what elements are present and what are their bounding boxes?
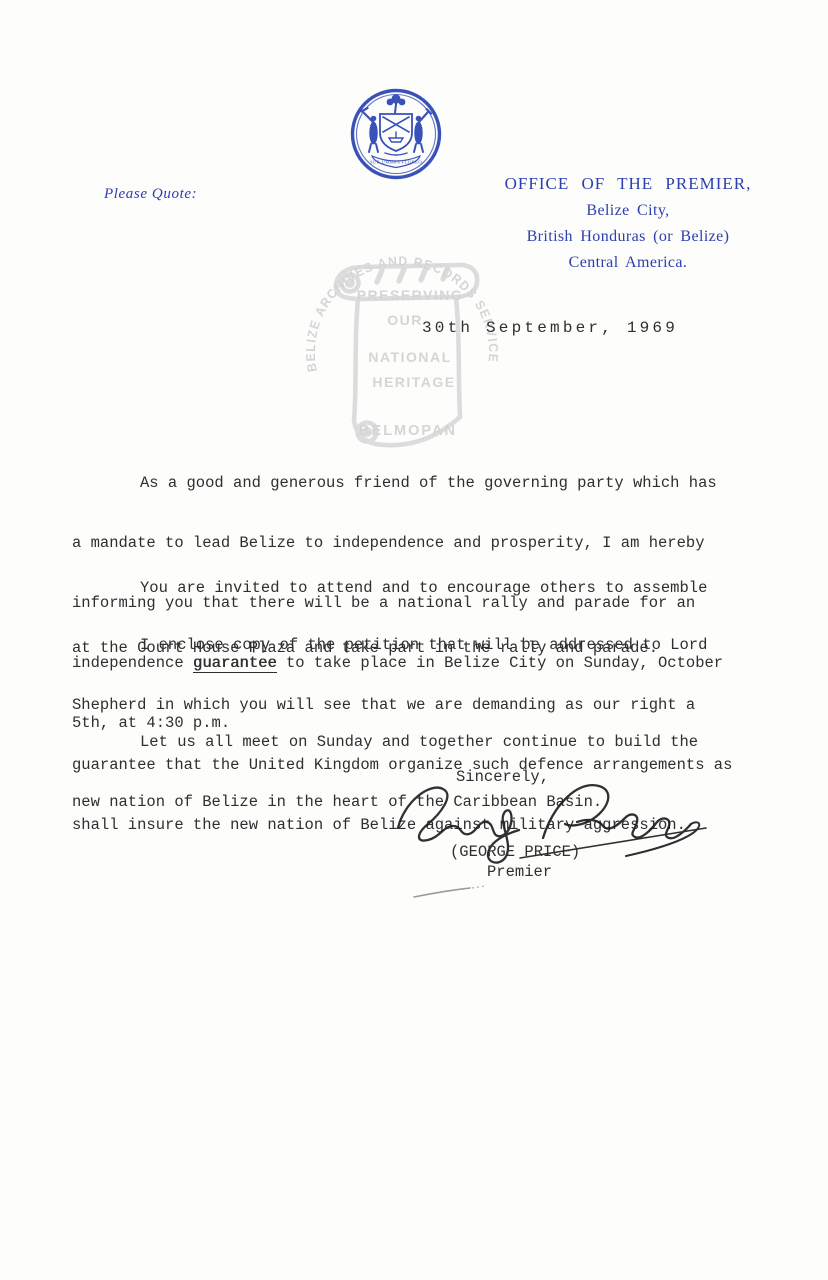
- watermark-line-national: NATIONAL: [368, 349, 451, 365]
- body-line: As a good and generous friend of the gov…: [72, 473, 778, 493]
- typed-signature-name: (GEORGE PRICE): [450, 842, 580, 862]
- tree-icon: [387, 94, 406, 113]
- coat-of-arms-seal: SUB UMBRA FLOREO: [349, 87, 443, 181]
- watermark-line-our: OUR: [387, 312, 423, 328]
- date-line: 30th September, 1969: [422, 318, 678, 338]
- left-supporter-icon: [362, 108, 379, 152]
- body-line: I enclose copy of the petition that will…: [72, 635, 778, 655]
- signer-title: Premier: [487, 862, 552, 882]
- pencil-dash-mark: [406, 880, 496, 902]
- watermark-line-preserving: PRESERVING: [357, 287, 464, 303]
- right-supporter-icon: [414, 109, 431, 152]
- shield-icon: [380, 114, 412, 151]
- office-line-1: OFFICE OF THE PREMIER,: [478, 170, 778, 198]
- please-quote-label: Please Quote:: [104, 186, 197, 203]
- watermark-line-heritage: HERITAGE: [372, 374, 455, 390]
- seal-motto: SUB UMBRA FLOREO: [370, 160, 422, 165]
- office-line-2: Belize City,: [478, 198, 778, 224]
- body-line: Let us all meet on Sunday and together c…: [72, 732, 778, 752]
- scanned-letter-page: SUB UMBRA FLOREO Please Quote: OFFICE OF…: [0, 0, 828, 1280]
